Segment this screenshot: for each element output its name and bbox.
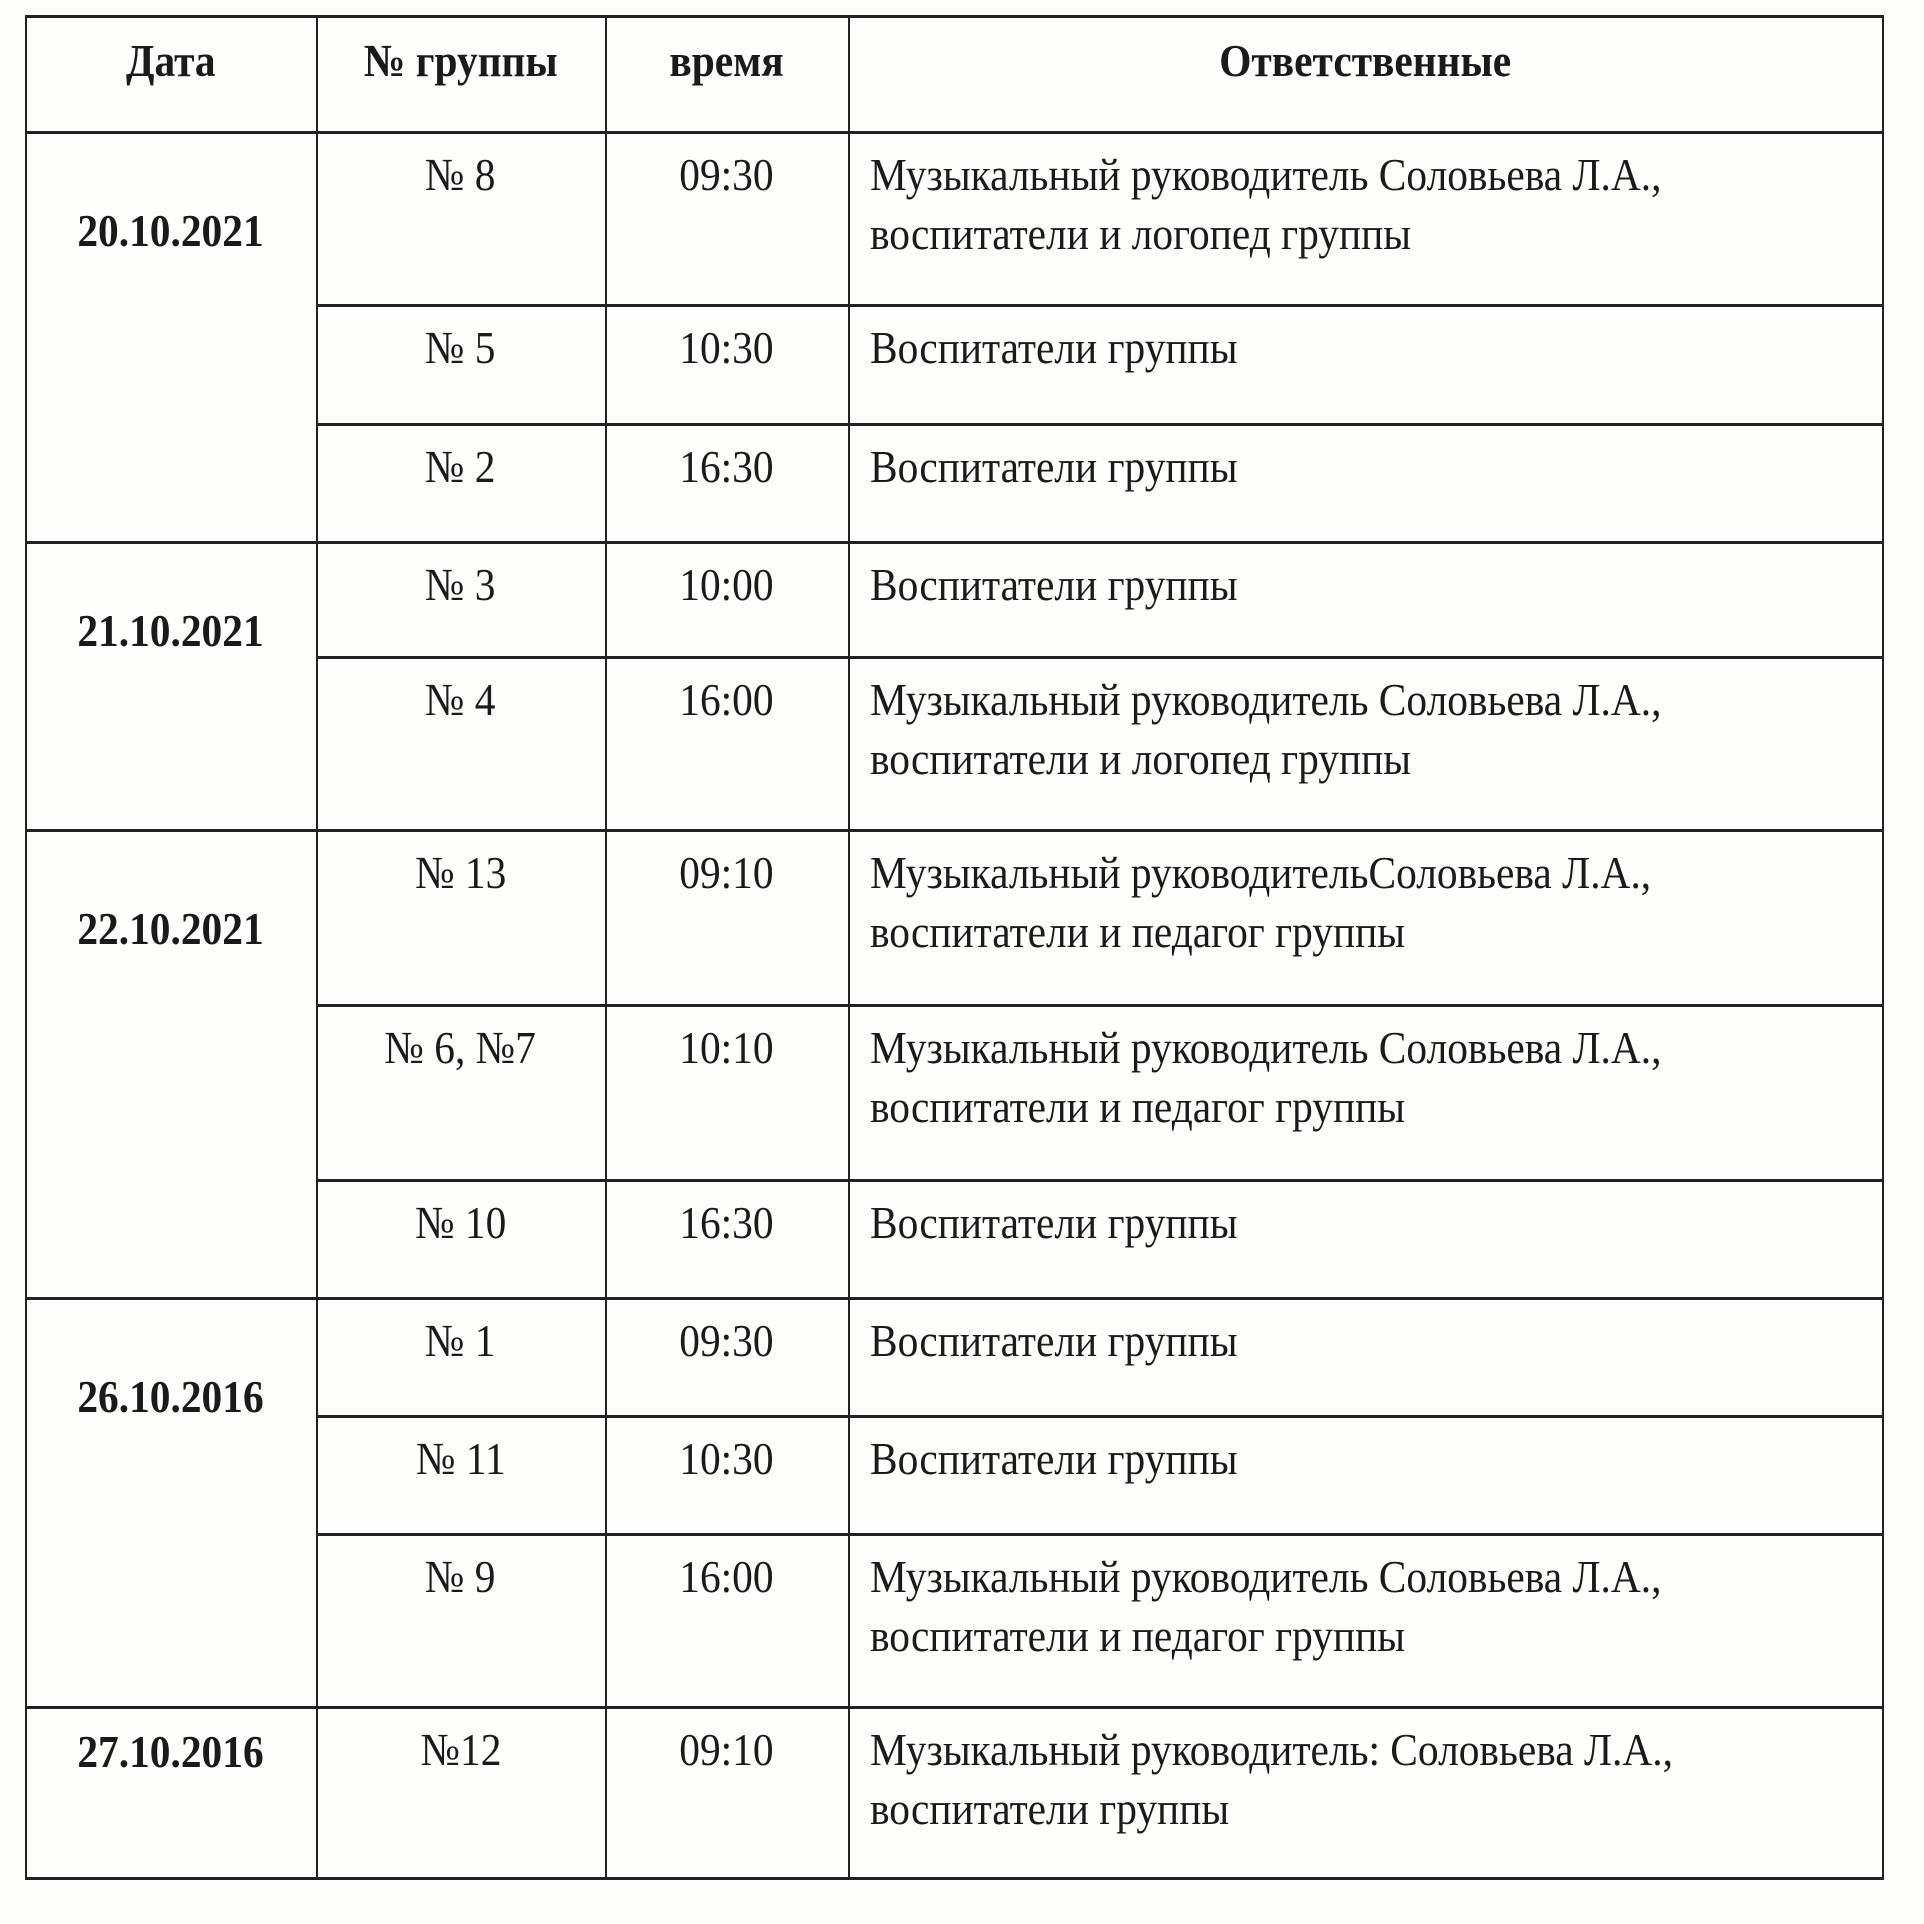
responsible-line: Воспитатели группы [870, 1311, 1238, 1370]
responsible-cell: Музыкальный руководитель Соловьева Л.А.,… [870, 1018, 1749, 1136]
time-cell: 10:00 [605, 555, 848, 614]
group-number-cell: № 10 [316, 1193, 605, 1252]
responsible-cell: Музыкальный руководитель: Соловьева Л.А.… [870, 1720, 1762, 1838]
responsible-line: Музыкальный руководитель: Соловьева Л.А.… [870, 1720, 1673, 1779]
column-divider [848, 15, 850, 1880]
time-value: 09:10 [679, 843, 773, 902]
responsible-line: Музыкальный руководитель Соловьева Л.А., [870, 1018, 1661, 1077]
responsible-line: Воспитатели группы [870, 555, 1238, 614]
group-number: № 8 [425, 145, 496, 204]
time-cell: 16:00 [605, 670, 848, 729]
row-divider [316, 1179, 1882, 1182]
date-value: 20.10.2021 [77, 201, 263, 260]
column-header: время [605, 31, 848, 90]
column-header: Дата [25, 31, 316, 90]
responsible-line: Воспитатели группы [870, 1193, 1238, 1252]
date-cell: 20.10.2021 [25, 201, 316, 260]
group-number-cell: № 3 [316, 555, 605, 614]
responsible-line: Воспитатели группы [870, 437, 1238, 496]
time-value: 09:30 [679, 145, 773, 204]
responsible-cell: Воспитатели группы [870, 1193, 1278, 1252]
date-cell: 27.10.2016 [25, 1722, 316, 1781]
column-header-label: время [669, 31, 783, 90]
time-cell: 09:10 [605, 843, 848, 902]
date-value: 21.10.2021 [77, 601, 263, 660]
responsible-line: Музыкальный руководитель Соловьева Л.А., [870, 145, 1661, 204]
time-value: 10:10 [679, 1018, 773, 1077]
column-header-label: Ответственные [1219, 31, 1511, 90]
date-value: 27.10.2016 [77, 1722, 263, 1781]
row-divider [25, 131, 1882, 134]
group-number: № 3 [425, 555, 496, 614]
responsible-cell: Воспитатели группы [870, 437, 1278, 496]
time-value: 16:00 [679, 670, 773, 729]
time-cell: 10:30 [605, 318, 848, 377]
time-cell: 10:10 [605, 1018, 848, 1077]
time-cell: 16:30 [605, 1193, 848, 1252]
group-number: № 5 [425, 318, 496, 377]
date-value: 22.10.2021 [77, 899, 263, 958]
group-number: № 1 [425, 1311, 496, 1370]
group-number: №12 [420, 1720, 501, 1779]
responsible-line: Воспитатели группы [870, 1429, 1238, 1488]
responsible-line: воспитатели и логопед группы [870, 204, 1661, 263]
date-cell: 21.10.2021 [25, 601, 316, 660]
responsible-cell: Воспитатели группы [870, 555, 1278, 614]
group-number-cell: № 1 [316, 1311, 605, 1370]
responsible-line: Музыкальный руководительСоловьева Л.А., [870, 843, 1651, 902]
row-divider [316, 656, 1882, 659]
group-number-cell: № 4 [316, 670, 605, 729]
column-divider [1882, 15, 1884, 1880]
group-number: № 2 [425, 437, 496, 496]
row-divider [25, 829, 1882, 832]
time-value: 16:00 [679, 1547, 773, 1606]
group-number: № 13 [415, 843, 506, 902]
group-number-cell: № 8 [316, 145, 605, 204]
responsible-line: воспитатели группы [870, 1779, 1673, 1838]
responsible-cell: Музыкальный руководитель Соловьева Л.А.,… [870, 670, 1749, 788]
column-header: Ответственные [848, 31, 1882, 90]
column-header-label: № группы [364, 31, 558, 90]
group-number: № 11 [416, 1429, 506, 1488]
time-value: 10:00 [679, 555, 773, 614]
time-value: 09:10 [679, 1720, 773, 1779]
time-cell: 16:00 [605, 1547, 848, 1606]
row-divider [25, 1877, 1882, 1880]
group-number-cell: № 9 [316, 1547, 605, 1606]
responsible-cell: Воспитатели группы [870, 1311, 1278, 1370]
time-value: 09:30 [679, 1311, 773, 1370]
row-divider [316, 304, 1882, 307]
date-cell: 26.10.2016 [25, 1367, 316, 1426]
date-value: 26.10.2016 [77, 1367, 263, 1426]
row-divider [25, 15, 1882, 18]
date-cell: 22.10.2021 [25, 899, 316, 958]
time-cell: 09:10 [605, 1720, 848, 1779]
time-value: 10:30 [679, 318, 773, 377]
group-number-cell: № 5 [316, 318, 605, 377]
responsible-line: воспитатели и педагог группы [870, 902, 1651, 961]
responsible-cell: Музыкальный руководительСоловьева Л.А.,в… [870, 843, 1738, 961]
time-value: 10:30 [679, 1429, 773, 1488]
row-divider [316, 1533, 1882, 1536]
row-divider [25, 1706, 1882, 1709]
group-number: № 4 [425, 670, 496, 729]
time-value: 16:30 [679, 437, 773, 496]
responsible-cell: Воспитатели группы [870, 318, 1278, 377]
group-number: № 9 [425, 1547, 496, 1606]
responsible-line: Воспитатели группы [870, 318, 1238, 377]
group-number-cell: № 6, №7 [316, 1018, 605, 1077]
group-number-cell: № 2 [316, 437, 605, 496]
responsible-line: воспитатели и логопед группы [870, 729, 1661, 788]
time-cell: 10:30 [605, 1429, 848, 1488]
row-divider [25, 541, 1882, 544]
group-number-cell: №12 [316, 1720, 605, 1779]
responsible-cell: Музыкальный руководитель Соловьева Л.А.,… [870, 145, 1749, 263]
time-cell: 09:30 [605, 1311, 848, 1370]
row-divider [316, 1004, 1882, 1007]
row-divider [316, 423, 1882, 426]
responsible-line: Музыкальный руководитель Соловьева Л.А., [870, 670, 1661, 729]
responsible-line: воспитатели и педагог группы [870, 1606, 1661, 1665]
time-cell: 16:30 [605, 437, 848, 496]
time-cell: 09:30 [605, 145, 848, 204]
group-number-cell: № 11 [316, 1429, 605, 1488]
group-number-cell: № 13 [316, 843, 605, 902]
time-value: 16:30 [679, 1193, 773, 1252]
column-header: № группы [316, 31, 605, 90]
row-divider [25, 1297, 1882, 1300]
row-divider [316, 1415, 1882, 1418]
group-number: № 10 [415, 1193, 506, 1252]
responsible-line: воспитатели и педагог группы [870, 1077, 1661, 1136]
responsible-line: Музыкальный руководитель Соловьева Л.А., [870, 1547, 1661, 1606]
column-header-label: Дата [126, 31, 216, 90]
responsible-cell: Музыкальный руководитель Соловьева Л.А.,… [870, 1547, 1749, 1665]
responsible-cell: Воспитатели группы [870, 1429, 1278, 1488]
group-number: № 6, №7 [385, 1018, 536, 1077]
